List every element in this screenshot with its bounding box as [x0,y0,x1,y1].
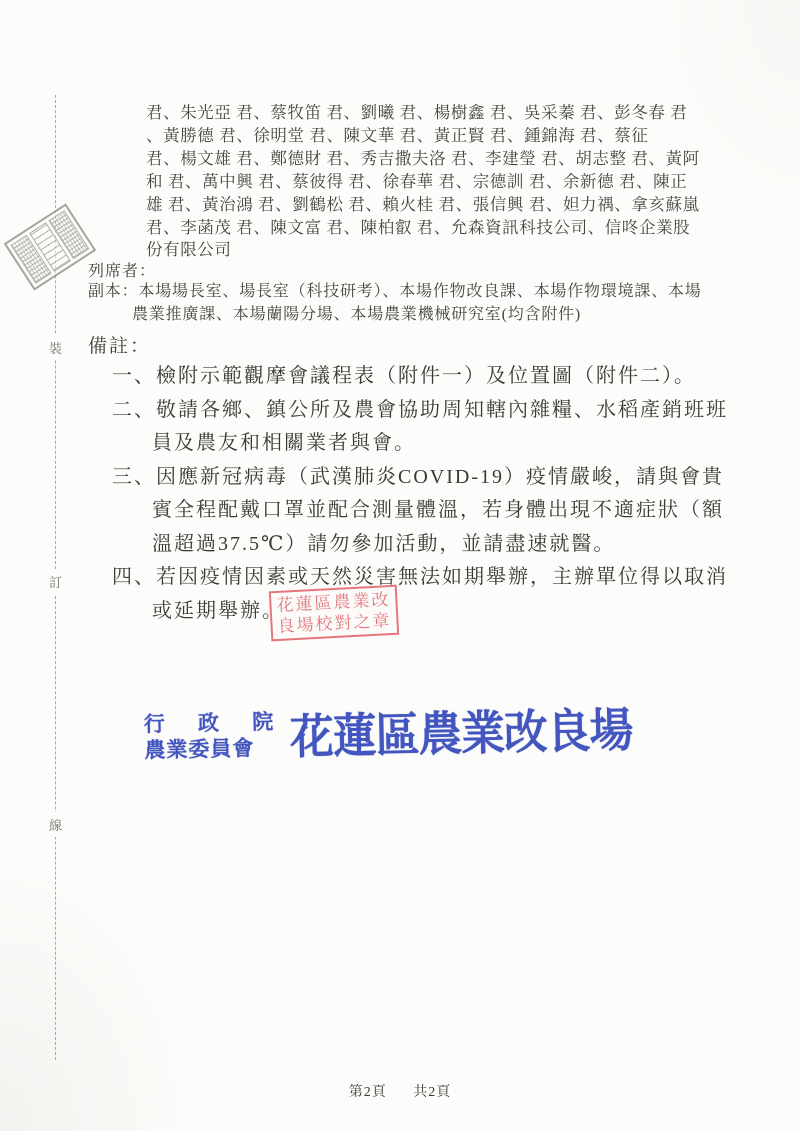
page-footer: 第2頁 共2頁 [0,1081,800,1101]
footer-total-pages: 共2頁 [413,1085,451,1100]
binding-mark-xian: 線 [47,812,64,837]
remark-line: 或延期舉辦。 [112,595,752,629]
cc-line: 副本：本場場長室、場長室（科技研考）、本場作物改良課、本場作物環境課、本場 [88,280,728,303]
recipients-line: 君、朱光亞 君、蔡牧笛 君、劉曦 君、楊樹鑫 君、吳采蓁 君、彭冬春 君 [146,102,721,125]
proofreading-stamp-line: 良場校對之章 [277,610,392,637]
document-page: 裝 訂 線 君、朱光亞 君、蔡牧笛 君、劉曦 君、楊樹鑫 君、吳采蓁 君、彭冬春… [0,0,800,1131]
remark-line: 一、檢附示範觀摩會議程表（附件一）及位置圖（附件二）。 [112,360,752,394]
agency-seal: 行 政 院 農業委員會 花蓮區農業改良場 [143,693,658,771]
agency-seal-small-text: 行 政 院 農業委員會 [144,708,289,763]
cc-section: 副本：本場場長室、場長室（科技研考）、本場作物改良課、本場作物環境課、本場 農業… [88,280,728,326]
intake-stamp-icon [4,203,97,290]
footer-page-number: 第2頁 [349,1085,387,1100]
binding-mark-zhuang: 裝 [47,335,64,360]
recipients-list: 君、朱光亞 君、蔡牧笛 君、劉曦 君、楊樹鑫 君、吳采蓁 君、彭冬春 君 、黃勝… [146,102,721,262]
recipients-line: 君、楊文雄 君、鄭德財 君、秀吉撒夫洛 君、李建瑩 君、胡志整 君、黃阿 [146,148,721,171]
attendees-label: 列席者： [88,258,156,281]
recipients-line: 雄 君、黃治鴻 君、劉鶴松 君、賴火桂 君、張信興 君、妲力禑、拿亥蘇嵐 [146,194,721,217]
remark-line: 三、因應新冠病毒（武漢肺炎COVID-19）疫情嚴峻，請與會貴 [112,461,752,495]
binding-mark-ding: 訂 [47,569,64,594]
recipients-line: 和 君、萬中興 君、蔡彼得 君、徐春華 君、宗德訓 君、余新德 君、陳正 [146,171,721,194]
remark-line: 溫超過37.5℃）請勿參加活動，並請盡速就醫。 [112,528,752,562]
remarks-list: 一、檢附示範觀摩會議程表（附件一）及位置圖（附件二）。 二、敬請各鄉、鎮公所及農… [112,360,752,628]
recipients-line: 份有限公司 [146,239,721,262]
cc-line: 農業推廣課、本場蘭陽分場、本場農業機械研究室(均含附件) [88,303,728,326]
recipients-line: 君、李菡茂 君、陳文富 君、陳柏叡 君、允森資訊科技公司、信咚企業股 [146,217,721,240]
agency-seal-line: 農業委員會 [144,734,288,763]
proofreading-stamp: 花蓮區農業改 良場校對之章 [269,585,399,642]
remark-line: 員及農友和相關業者與會。 [112,427,752,461]
remark-line: 二、敬請各鄉、鎮公所及農會協助周知轄內雜糧、水稻產銷班班 [112,394,752,428]
agency-seal-large-text: 花蓮區農業改良場 [289,693,633,767]
agency-seal-line: 行 政 院 [144,708,288,737]
remark-line: 四、若因疫情因素或天然災害無法如期舉辦，主辦單位得以取消 [112,561,752,595]
remarks-label: 備註： [88,331,151,358]
recipients-line: 、黃勝德 君、徐明堂 君、陳文華 君、黃正賢 君、鍾錦海 君、蔡征 [146,125,721,148]
remark-line: 賓全程配戴口罩並配合測量體溫，若身體出現不適症狀（額 [112,494,752,528]
